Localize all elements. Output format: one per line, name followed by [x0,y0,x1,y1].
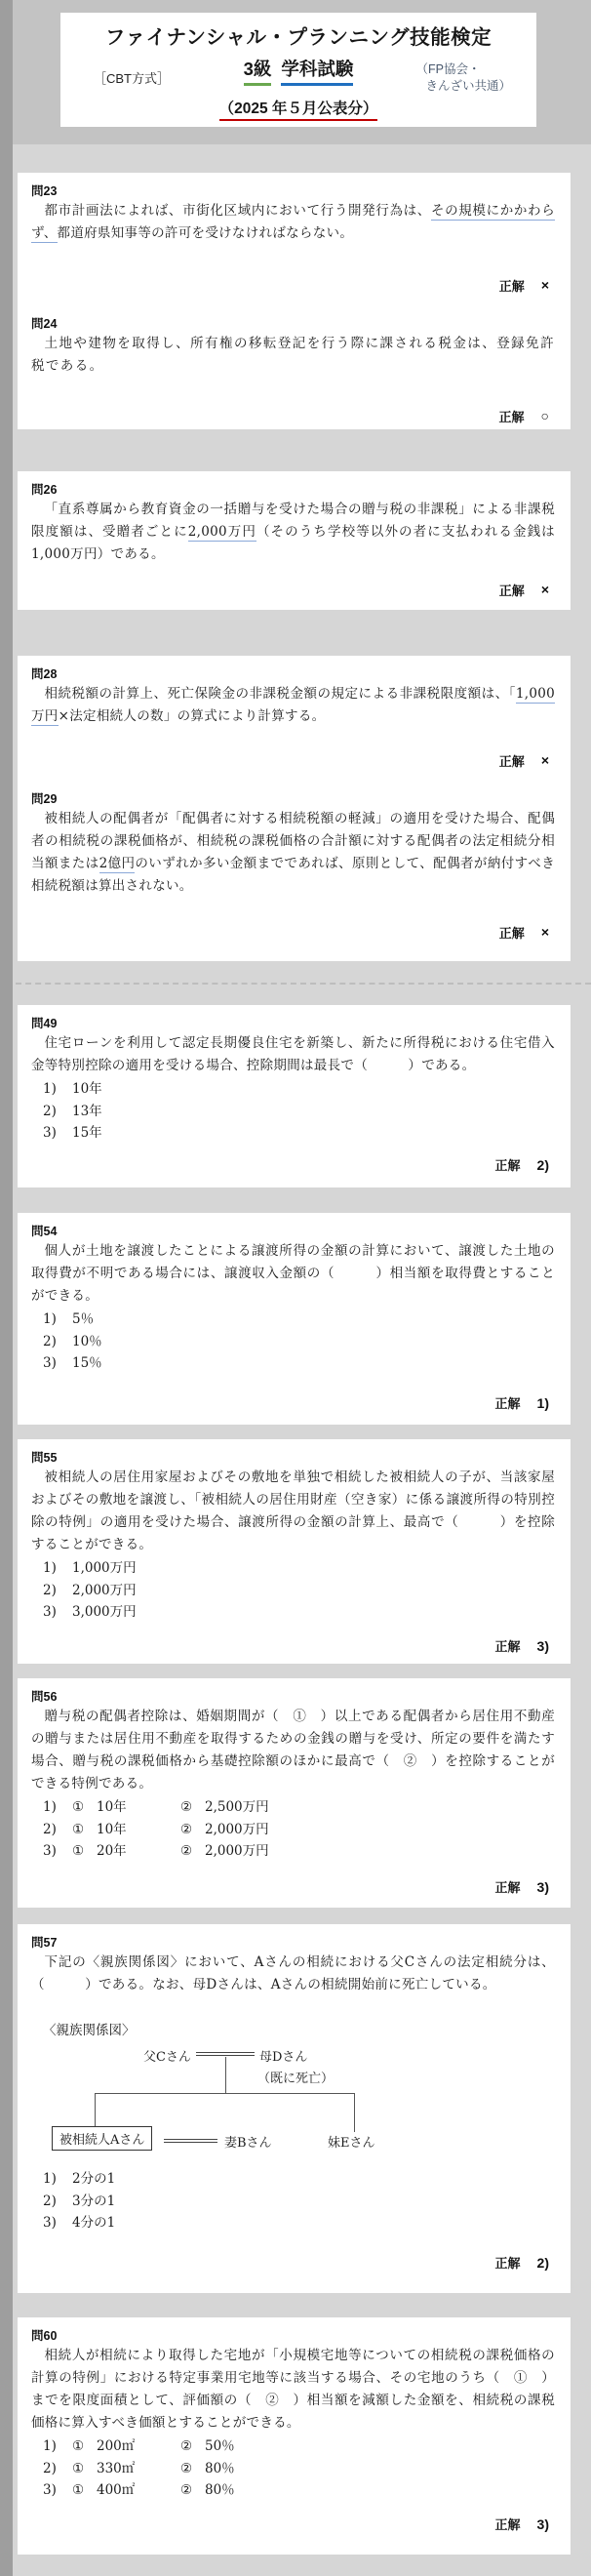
options-60: 1)①200㎡②50％ 2)①330㎡②80％ 3)①400㎡②80％ [31,2435,555,2502]
option-row: 2)①330㎡②80％ [31,2458,555,2480]
question-text-60: 相続人が相続により取得した宅地が「小規模宅地等についての相続税の課税価格の計算の… [31,2345,555,2435]
option-row: 1)①10年②2,500万円 [31,1796,555,1819]
question-number-29: 問29 [31,790,555,808]
page-left-margin [0,0,13,2576]
answer-label: 正解 [495,2253,521,2272]
wife-node: 妻Bさん [224,2132,272,2151]
question-card-56: 問56 贈与税の配偶者控除は、婚姻期間が（ ① ）以上である配偶者から居住用不動… [18,1678,571,1908]
answer-row-55: 正解 3) [31,1637,555,1655]
answer-value-60: 3) [537,2516,549,2532]
question-number-49: 問49 [31,1015,555,1032]
question-card-26: 問26 「直系尊属から教育資金の一括贈与を受けた場合の贈与税の非課税」による非課… [18,471,571,610]
option-row: 3)①20年②2,000万円 [31,1840,555,1863]
question-card-23-24: 問23 都市計画法によれば、市街化区域内において行う開発行為は、その規模にかかわ… [18,173,571,429]
option-row: 2)①10年②2,000万円 [31,1819,555,1841]
answer-label: 正解 [495,1636,521,1655]
subject-label: 学科試験 [281,56,353,86]
option-row: 3)①400㎡②80％ [31,2479,555,2502]
answer-value-28: × [541,752,549,768]
mother-deceased-note: （既に死亡） [257,2068,334,2086]
option-row: 1)5％ [31,1308,555,1331]
answer-label: 正解 [495,2515,521,2533]
option-row: 3)4分の1 [31,2212,555,2234]
underlined-keyword: 2,000万円 [188,524,256,542]
grade-label: 3級 [244,56,272,86]
answer-value-24: ○ [541,408,549,423]
option-row: 3)15％ [31,1352,555,1375]
question-text-57: 下記の〈親族関係図〉において、Aさんの相続における父Cさんの法定相続分は、（ ）… [31,1952,555,1996]
organization-line1: （FP協会・ [415,61,511,78]
option-row: 1)10年 [31,1078,555,1101]
tree-connector-line [225,2057,226,2093]
answer-row-56: 正解 3) [31,1878,555,1896]
question-number-23: 問23 [31,182,555,200]
answer-row-28: 正解 × [31,751,555,769]
question-text-55: 被相続人の居住用家屋およびその敷地を単独で相続した被相続人の子が、当該家屋および… [31,1467,555,1556]
question-text-49: 住宅ローンを利用して認定長期優良住宅を新築し、新たに所得税における住宅借入金等特… [31,1032,555,1077]
family-tree-diagram: 父Cさん 母Dさん （既に死亡） 被相続人Aさん 妻Bさん 妹Eさん [31,2045,555,2167]
answer-row-24: 正解 ○ [31,407,555,424]
answer-label: 正解 [495,1877,521,1896]
question-card-49: 問49 住宅ローンを利用して認定長期優良住宅を新築し、新たに所得税における住宅借… [18,1005,571,1187]
question-text-23: 都市計画法によれば、市街化区域内において行う開発行為は、その規模にかかわらず、都… [31,200,555,245]
underlined-keyword: 2億円 [99,856,136,873]
question-card-60: 問60 相続人が相続により取得した宅地が「小規模宅地等についての相続税の課税価格… [18,2317,571,2555]
exam-header-card: ファイナンシャル・プランニング技能検定 ［CBT方式］ 3級学科試験 （FP協会… [60,13,536,127]
option-row: 1)2分の1 [31,2168,555,2191]
answer-label: 正解 [499,407,525,425]
question-text-29: 被相続人の配偶者が「配偶者に対する相続税額の軽減」の適用を受けた場合、配偶者の相… [31,808,555,898]
answer-row-54: 正解 1) [31,1394,555,1412]
answer-label: 正解 [499,751,525,770]
option-row: 2)10％ [31,1331,555,1353]
answer-value-49: 2) [537,1157,549,1173]
question-text-54: 個人が土地を譲渡したことによる譲渡所得の金額の計算において、譲渡した土地の取得費… [31,1240,555,1308]
question-number-55: 問55 [31,1449,555,1467]
organization-label: （FP協会・ きんざい共通） [415,61,511,95]
tree-connector-line [95,2093,96,2126]
answer-label: 正解 [499,581,525,599]
mother-node: 母Dさん [259,2046,307,2065]
question-number-57: 問57 [31,1934,555,1952]
answer-row-23: 正解 × [31,276,555,294]
answer-row-49: 正解 2) [31,1156,555,1174]
question-number-60: 問60 [31,2327,555,2345]
answer-label: 正解 [495,1393,521,1412]
answer-row-60: 正解 3) [31,2516,555,2533]
question-number-28: 問28 [31,665,555,683]
option-row: 1)1,000万円 [31,1557,555,1580]
question-text-28: 相続税額の計算上、死亡保険金の非課税金額の規定による非課税限度額は、「1,000… [31,683,555,728]
decedent-node: 被相続人Aさん [52,2126,152,2151]
options-56: 1)①10年②2,500万円 2)①10年②2,000万円 3)①20年②2,0… [31,1796,555,1863]
options-49: 1)10年 2)13年 3)15年 [31,1078,555,1145]
option-row: 2)3分の1 [31,2191,555,2213]
answer-value-29: × [541,924,549,940]
question-card-54: 問54 個人が土地を譲渡したことによる譲渡所得の金額の計算において、譲渡した土地… [18,1213,571,1425]
family-tree-label: 〈親族関係図〉 [31,2022,555,2039]
options-57: 1)2分の1 2)3分の1 3)4分の1 [31,2168,555,2234]
question-number-56: 問56 [31,1688,555,1706]
tree-sibling-line [95,2093,354,2094]
question-text-56: 贈与税の配偶者控除は、婚姻期間が（ ① ）以上である配偶者から居住用不動産の贈与… [31,1706,555,1795]
exam-answer-sheet-page: { "colors": { "page_background": "#c3c3c… [0,0,591,2576]
question-card-55: 問55 被相続人の居住用家屋およびその敷地を単独で相続した被相続人の子が、当該家… [18,1439,571,1664]
answer-label: 正解 [499,923,525,942]
tree-connector-line [354,2093,355,2132]
answer-value-55: 3) [537,1638,549,1654]
options-54: 1)5％ 2)10％ 3)15％ [31,1308,555,1375]
question-number-26: 問26 [31,481,555,499]
question-card-28-29: 問28 相続税額の計算上、死亡保険金の非課税金額の規定による非課税限度額は、「1… [18,656,571,961]
question-text-24: 土地や建物を取得し、所有権の移転登記を行う際に課される税金は、登録免許税である。 [31,333,555,378]
answer-value-23: × [541,277,549,293]
exam-title: ファイナンシャル・プランニング技能検定 [60,20,536,50]
question-number-54: 問54 [31,1223,555,1240]
answer-value-56: 3) [537,1879,549,1895]
question-number-24: 問24 [31,315,555,333]
answer-label: 正解 [495,1155,521,1174]
option-row: 2)13年 [31,1101,555,1123]
answer-value-57: 2) [537,2255,549,2271]
father-node: 父Cさん [143,2046,191,2065]
answer-row-29: 正解 × [31,923,555,941]
sister-node: 妹Eさん [328,2132,375,2151]
option-row: 3)3,000万円 [31,1601,555,1624]
section-divider-dashed [16,983,591,985]
marriage-line-parents [196,2052,255,2056]
option-row: 2)2,000万円 [31,1580,555,1602]
answer-row-26: 正解 × [31,581,555,598]
publication-date: （2025 年５月公表分） [60,97,536,121]
option-row: 3)15年 [31,1122,555,1145]
answer-label: 正解 [499,276,525,295]
question-text-26: 「直系尊属から教育資金の一括贈与を受けた場合の贈与税の非課税」による非課税限度額… [31,499,555,566]
options-55: 1)1,000万円 2)2,000万円 3)3,000万円 [31,1557,555,1624]
answer-row-57: 正解 2) [31,2254,555,2272]
answer-value-54: 1) [537,1395,549,1411]
option-row: 1)①200㎡②50％ [31,2435,555,2458]
organization-line2: きんざい共通） [415,78,511,95]
question-card-57: 問57 下記の〈親族関係図〉において、Aさんの相続における父Cさんの法定相続分は… [18,1924,571,2293]
answer-value-26: × [541,582,549,597]
marriage-line-decedent [164,2139,217,2143]
